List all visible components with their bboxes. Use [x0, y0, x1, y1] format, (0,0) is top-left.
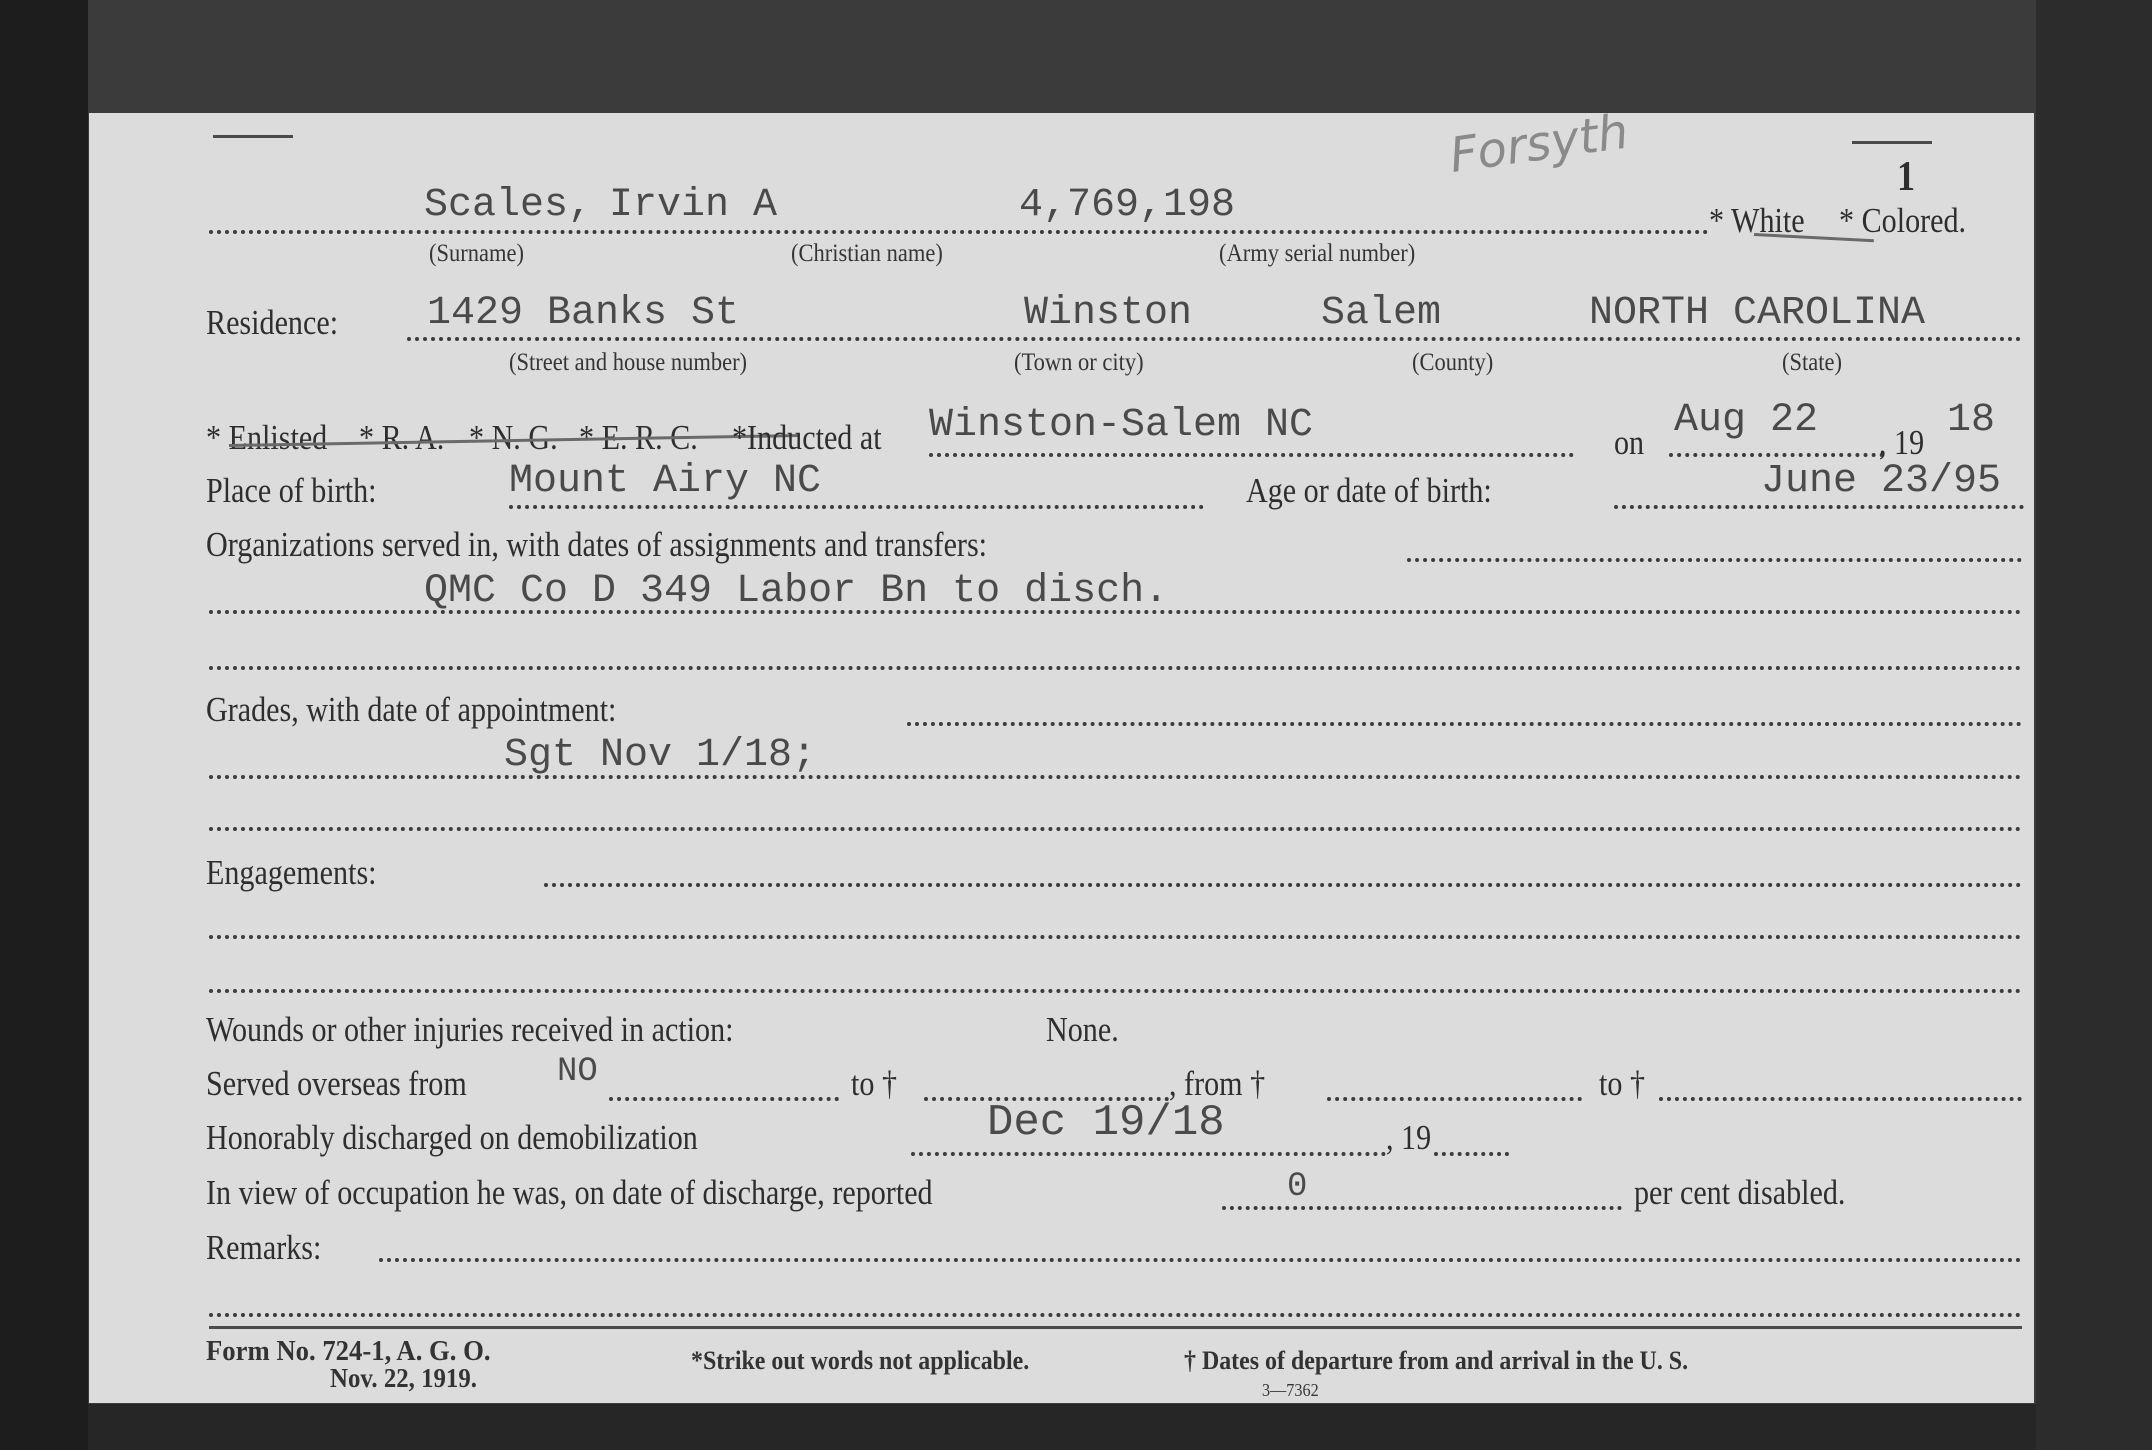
residence-line: [407, 337, 2022, 341]
top-right-mark: [1852, 141, 1932, 144]
organizations-label: Organizations served in, with dates of a…: [206, 525, 987, 565]
residence-town-value: Winston: [1024, 291, 1192, 336]
engagements-label: Engagements:: [206, 853, 377, 893]
engagements-line-3: [209, 989, 2022, 993]
surname-value: Scales,: [424, 183, 592, 228]
remarks-label: Remarks:: [206, 1228, 321, 1268]
enlisted-option: * Enlisted: [206, 418, 327, 458]
ra-option: * R. A.: [359, 418, 444, 458]
birth-place-label: Place of birth:: [206, 471, 377, 511]
discharge-line: [911, 1152, 1386, 1156]
race-colored-option: * Colored.: [1839, 201, 1966, 241]
christian-name-value: Irvin A: [609, 183, 777, 228]
footer-rule: [209, 1326, 2022, 1329]
overseas-from-label: Served overseas from: [206, 1064, 467, 1104]
grades-line-2: [209, 775, 2022, 779]
organization-entry: QMC Co D 349 Labor Bn to disch.: [424, 569, 1168, 614]
disability-line: [1222, 1206, 1622, 1210]
on-label: on: [1614, 423, 1644, 463]
scanner-background-left: [0, 0, 88, 1450]
overseas-from2-line: [1327, 1097, 1582, 1101]
name-line: [209, 230, 1709, 234]
county-label: (County): [1412, 349, 1493, 377]
residence-state-value: NORTH CAROLINA: [1589, 291, 1925, 336]
inducted-year-prefix: , 19: [1879, 423, 1924, 463]
organizations-line-1: [1407, 558, 2022, 562]
wounds-value: None.: [1046, 1010, 1119, 1050]
disability-label: In view of occupation he was, on date of…: [206, 1173, 933, 1213]
discharge-date-value: Dec 19/18: [987, 1098, 1225, 1148]
serial-number-label: (Army serial number): [1219, 240, 1415, 268]
handwritten-county: Forsyth: [1446, 104, 1631, 184]
top-left-mark: [213, 135, 293, 138]
inducted-date-line: [1669, 453, 1884, 457]
scanner-background-bottom: [88, 1404, 2036, 1450]
street-label: (Street and house number): [509, 349, 747, 377]
overseas-from-line: [609, 1097, 839, 1101]
discharge-label: Honorably discharged on demobilization: [206, 1118, 698, 1158]
overseas-to2-line: [1659, 1097, 2022, 1101]
engagements-line-2: [209, 935, 2022, 939]
discharge-year-line: [1434, 1152, 1509, 1156]
residence-street-value: 1429 Banks St: [427, 291, 739, 336]
birth-date-line: [1614, 505, 2024, 509]
disability-value: 0: [1287, 1168, 1307, 1206]
inducted-year-value: 18: [1947, 398, 1995, 443]
birth-date-label: Age or date of birth:: [1246, 471, 1492, 511]
birth-place-value: Mount Airy NC: [509, 459, 821, 504]
inducted-at-label: *Inducted at: [732, 418, 882, 458]
discharge-year-prefix: , 19: [1386, 1118, 1431, 1158]
wounds-label: Wounds or other injuries received in act…: [206, 1010, 734, 1050]
scanner-background-right: [2036, 0, 2152, 1450]
grades-label: Grades, with date of appointment:: [206, 690, 616, 730]
grades-line-3: [209, 827, 2022, 831]
serial-number-value: 4,769,198: [1019, 183, 1235, 228]
organizations-line-3: [209, 666, 2022, 670]
christian-name-label: (Christian name): [791, 240, 943, 268]
inducted-line: [929, 453, 1574, 457]
card-number: 1: [1897, 153, 1915, 201]
grades-line-1: [907, 722, 2022, 726]
grade-entry: Sgt Nov 1/18;: [504, 733, 816, 778]
birth-place-line: [509, 505, 1204, 509]
service-record-card: 1 Forsyth Scales, Irvin A 4,769,198 * Wh…: [89, 113, 2034, 1403]
inducted-at-value: Winston-Salem NC: [929, 403, 1313, 448]
residence-label: Residence:: [206, 303, 338, 343]
print-code: 3—7362: [1262, 1380, 1319, 1401]
remarks-line-1: [379, 1258, 2022, 1262]
disability-suffix: per cent disabled.: [1634, 1173, 1845, 1213]
inducted-date-value: Aug 22: [1674, 398, 1818, 443]
strike-note: *Strike out words not applicable.: [691, 1346, 1029, 1376]
overseas-from-value: NO: [557, 1053, 598, 1091]
state-label: (State): [1782, 349, 1842, 377]
overseas-to-label: to †: [851, 1064, 897, 1104]
form-date: Nov. 22, 1919.: [330, 1363, 477, 1394]
town-label: (Town or city): [1014, 349, 1144, 377]
surname-label: (Surname): [429, 240, 524, 268]
residence-county-value: Salem: [1321, 291, 1441, 336]
engagements-line-1: [544, 883, 2022, 887]
overseas-to2-label: to †: [1599, 1064, 1645, 1104]
dagger-note: † Dates of departure from and arrival in…: [1184, 1346, 1688, 1376]
birth-date-value: June 23/95: [1761, 459, 2001, 504]
remarks-line-2: [209, 1313, 2022, 1317]
